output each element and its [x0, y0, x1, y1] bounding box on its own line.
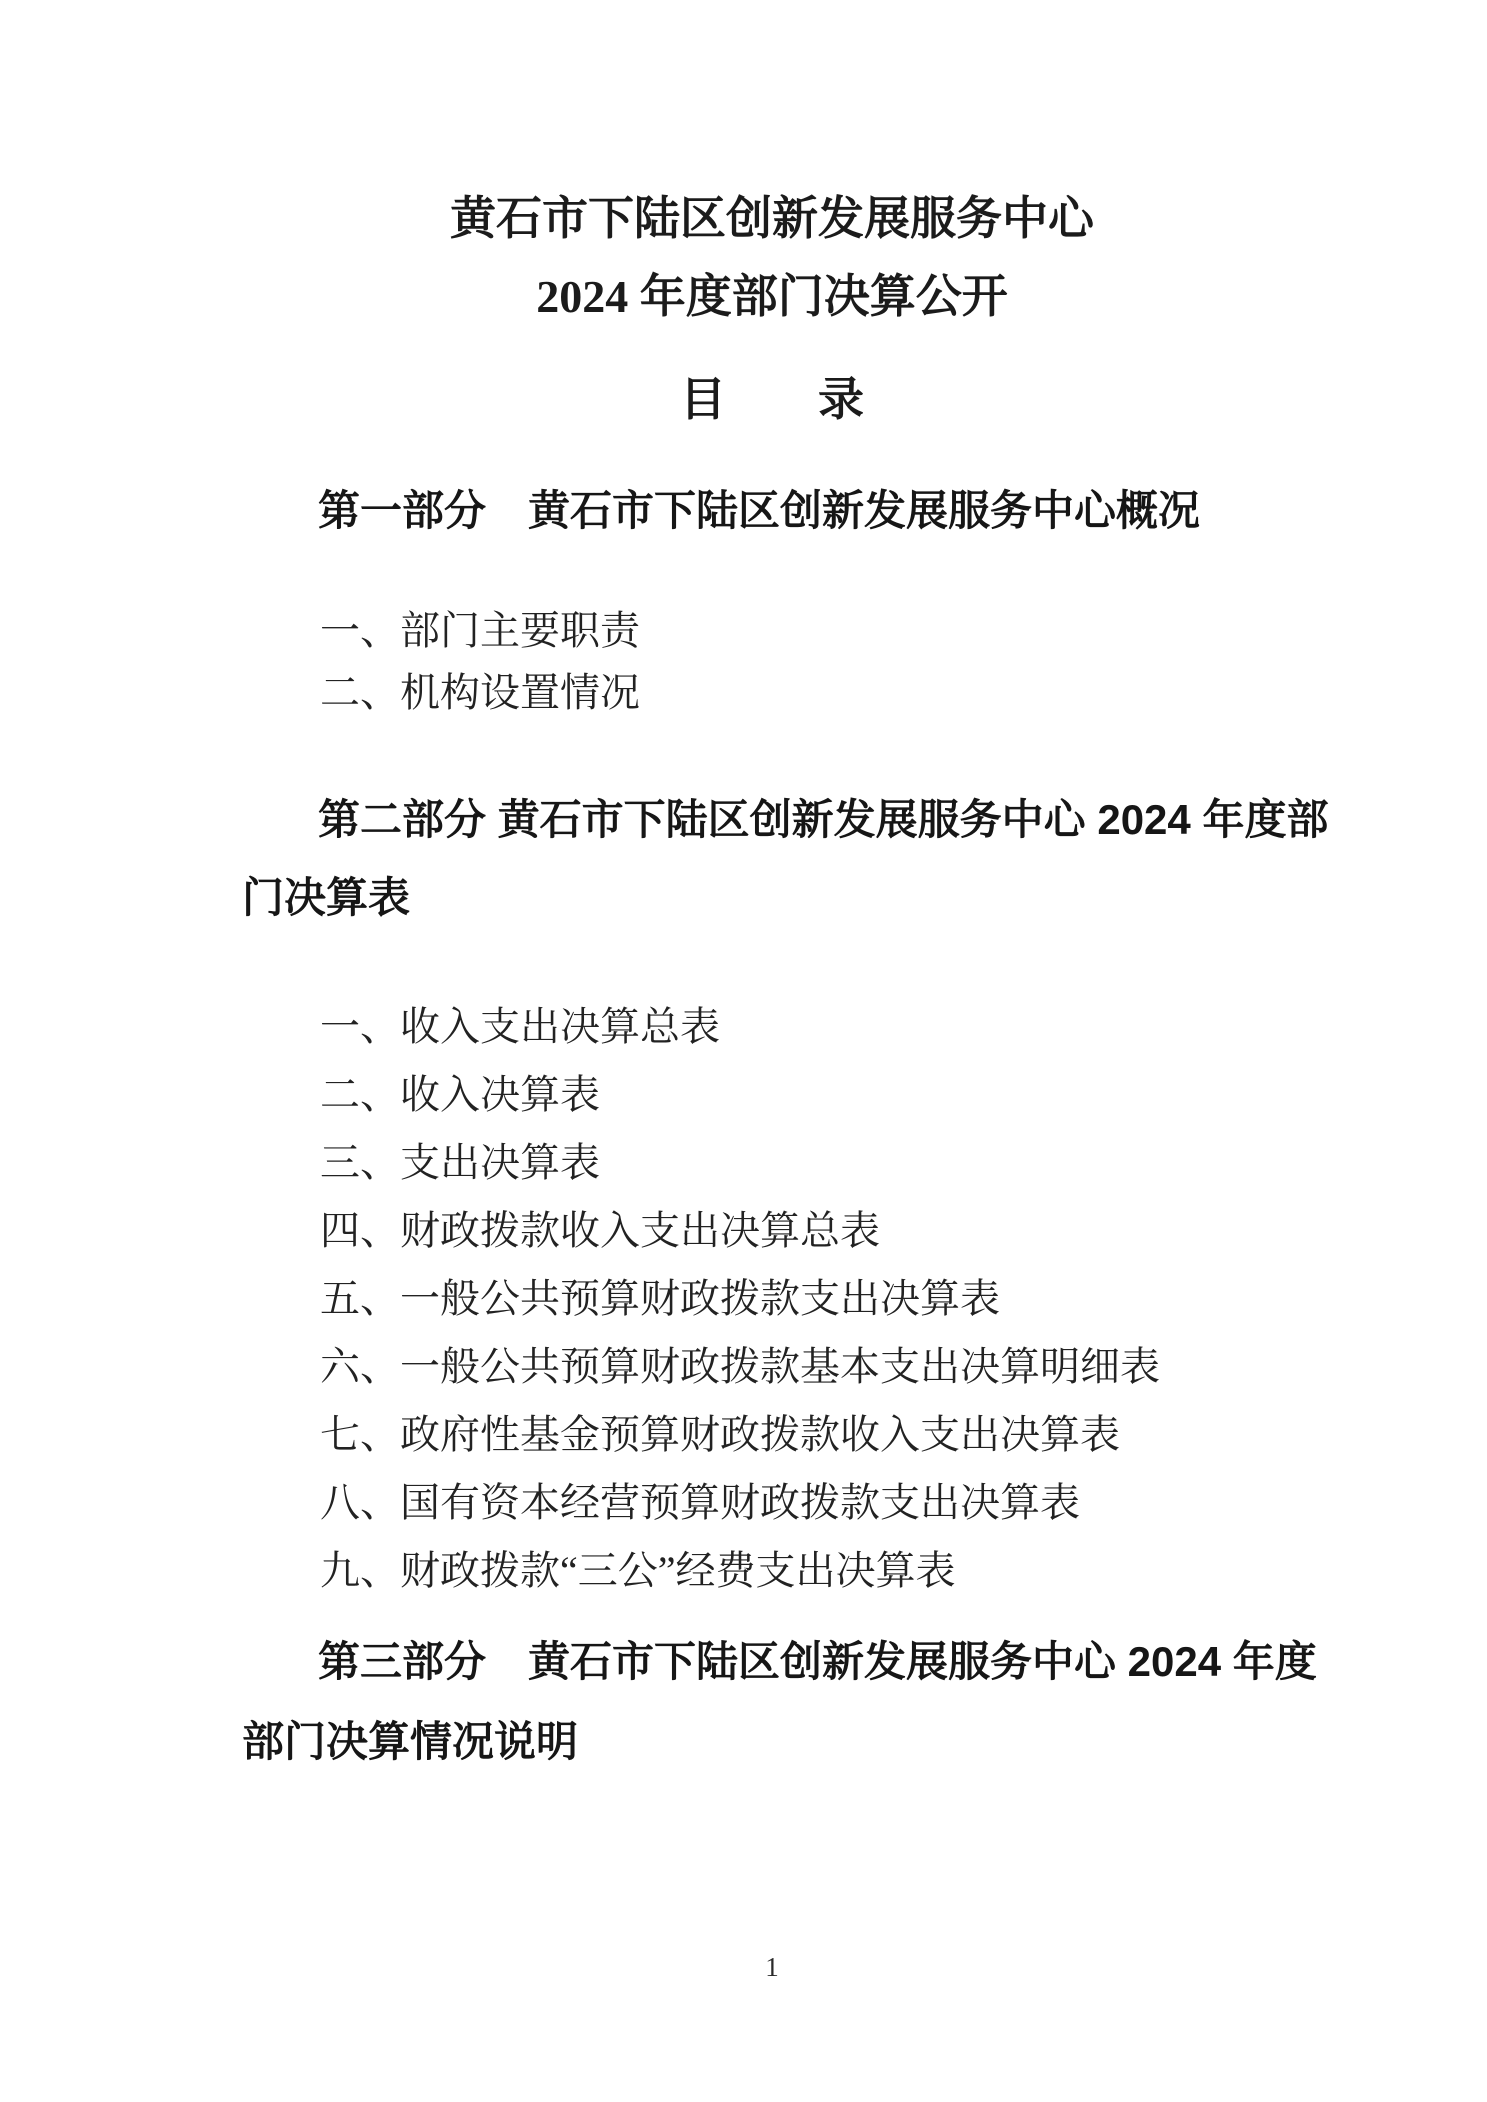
toc-heading: 目 录	[242, 375, 1302, 425]
toc-item: 八、国有资本经营预算财政拨款支出决算表	[320, 1480, 1080, 1526]
part2-heading-line1: 第二部分 黄石市下陆区创新发展服务中心 2024 年度部	[318, 796, 1328, 844]
part2-heading-line2: 门决算表	[242, 874, 410, 922]
toc-item: 五、一般公共预算财政拨款支出决算表	[320, 1276, 1000, 1322]
toc-item: 三、支出决算表	[320, 1140, 600, 1186]
toc-item: 二、机构设置情况	[320, 670, 640, 716]
document-title-line1: 黄石市下陆区创新发展服务中心	[242, 194, 1302, 244]
toc-item: 九、财政拨款“三公”经费支出决算表	[320, 1548, 956, 1594]
part1-heading: 第一部分 黄石市下陆区创新发展服务中心概况	[318, 487, 1200, 535]
toc-item: 一、收入支出决算总表	[320, 1004, 720, 1050]
toc-item: 六、一般公共预算财政拨款基本支出决算明细表	[320, 1344, 1160, 1390]
part3-heading-line2: 部门决算情况说明	[242, 1718, 578, 1766]
toc-item: 一、部门主要职责	[320, 608, 640, 654]
toc-item: 七、政府性基金预算财政拨款收入支出决算表	[320, 1412, 1120, 1458]
part3-heading-line1: 第三部分 黄石市下陆区创新发展服务中心 2024 年度	[318, 1638, 1317, 1686]
document-page: 黄石市下陆区创新发展服务中心 2024 年度部门决算公开 目 录 第一部分 黄石…	[0, 0, 1487, 2102]
toc-item: 四、财政拨款收入支出决算总表	[320, 1208, 880, 1254]
page-number: 1	[242, 1952, 1302, 1982]
toc-item: 二、收入决算表	[320, 1072, 600, 1118]
document-title-line2: 2024 年度部门决算公开	[242, 272, 1302, 322]
